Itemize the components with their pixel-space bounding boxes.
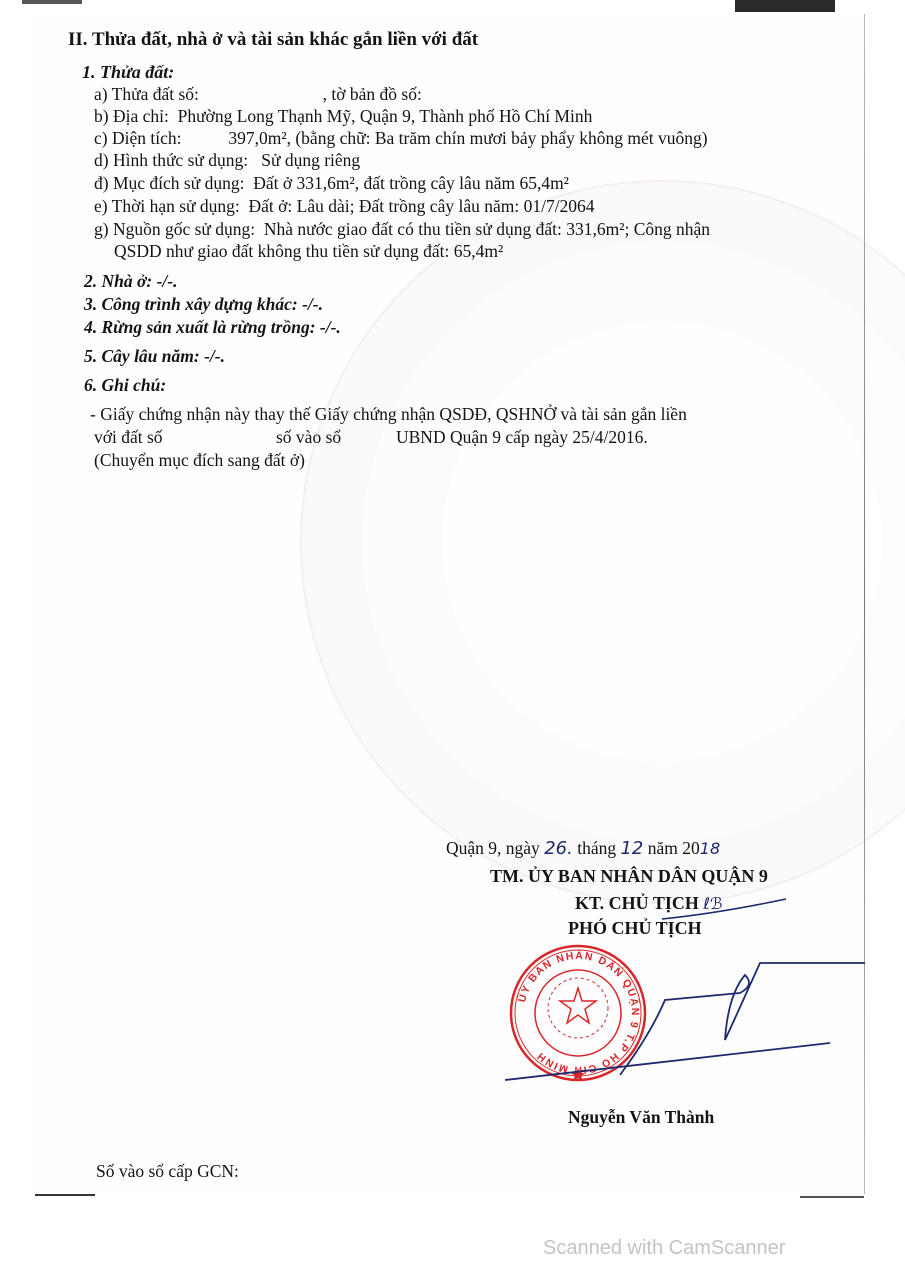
- date-year-suffix: 18: [700, 839, 720, 858]
- usage-purpose-row: đ) Mục đích sử dụng: Đất ở 331,6m², đất …: [94, 173, 569, 193]
- usage-origin-label: g) Nguồn gốc sử dụng:: [94, 219, 255, 239]
- issuing-authority: TM. ỦY BAN NHÂN DÂN QUẬN 9: [490, 866, 768, 886]
- page-edge-bottom-right: [800, 1196, 864, 1198]
- area-value: 397,0m², (bằng chữ: Ba trăm chín mươi bả…: [228, 128, 707, 148]
- usage-term-row: e) Thời hạn sử dụng: Đất ở: Lâu dài; Đất…: [94, 196, 595, 216]
- address-label: b) Địa chỉ:: [94, 106, 169, 126]
- date-month: 12: [620, 838, 643, 859]
- scan-edge-top-left: [22, 0, 82, 4]
- scan-edge-top-right: [735, 0, 835, 12]
- registry-number-label: Số vào sổ cấp GCN:: [96, 1161, 239, 1181]
- notes-registry-label: số vào sổ: [276, 427, 396, 447]
- usage-origin-value-2: QSDD như giao đất không thu tiền sử dụng…: [114, 241, 503, 261]
- parcel-number-row: a) Thửa đất số: , tờ bản đồ số:: [94, 84, 422, 104]
- map-sheet-label: , tờ bản đồ số:: [323, 84, 422, 104]
- usage-form-label: d) Hình thức sử dụng:: [94, 150, 248, 170]
- address-row: b) Địa chỉ: Phường Long Thạnh Mỹ, Quận 9…: [94, 106, 592, 126]
- date-prefix: Quận 9, ngày: [446, 838, 540, 858]
- usage-term-value: Đất ở: Lâu dài; Đất trồng cây lâu năm: 0…: [249, 196, 595, 216]
- signer-position: PHÓ CHỦ TỊCH: [568, 918, 702, 938]
- usage-purpose-label: đ) Mục đích sử dụng:: [94, 173, 244, 193]
- page-edge-bottom-left: [35, 1194, 95, 1196]
- notes-issue-info: UBND Quận 9 cấp ngày 25/4/2016.: [396, 427, 648, 447]
- section-title: II. Thửa đất, nhà ở và tài sản khác gắn …: [68, 30, 478, 50]
- usage-purpose-value: Đất ở 331,6m², đất trồng cây lâu năm 65,…: [253, 173, 569, 193]
- area-row: c) Diện tích: 397,0m², (bằng chữ: Ba tră…: [94, 128, 708, 148]
- parcel-heading: 1. Thửa đất:: [82, 62, 174, 82]
- forest-item: 4. Rừng sản xuất là rừng trồng: -/-.: [84, 317, 341, 337]
- notes-heading: 6. Ghi chú:: [84, 375, 166, 395]
- parcel-number-label: a) Thửa đất số:: [94, 84, 199, 104]
- notes-line-2: với đất sốsố vào sổUBND Quận 9 cấp ngày …: [94, 427, 648, 447]
- house-item: 2. Nhà ở: -/-.: [84, 271, 177, 291]
- issue-date: Quận 9, ngày 26. tháng 12 năm 2018: [446, 838, 720, 859]
- usage-form-row: d) Hình thức sử dụng: Sử dụng riêng: [94, 150, 360, 170]
- address-value: Phường Long Thạnh Mỹ, Quận 9, Thành phố …: [178, 106, 593, 126]
- perennial-item: 5. Cây lâu năm: -/-.: [84, 346, 225, 366]
- handwritten-signature: [500, 955, 870, 1090]
- area-label: c) Diện tích:: [94, 128, 224, 148]
- year-label: năm 20: [648, 838, 700, 858]
- other-works-item: 3. Công trình xây dựng khác: -/-.: [84, 294, 323, 314]
- camscanner-watermark: Scanned with CamScanner: [543, 1237, 785, 1260]
- usage-origin-row: g) Nguồn gốc sử dụng: Nhà nước giao đất …: [94, 219, 710, 239]
- date-day: 26.: [544, 838, 573, 859]
- notes-line-1: - Giấy chứng nhận này thay thế Giấy chứn…: [90, 404, 687, 424]
- usage-origin-value-1: Nhà nước giao đất có thu tiền sử dụng đấ…: [264, 219, 710, 239]
- month-label: tháng: [577, 838, 616, 858]
- notes-line-3: (Chuyển mục đích sang đất ở): [94, 450, 305, 470]
- usage-form-value: Sử dụng riêng: [261, 150, 360, 170]
- usage-term-label: e) Thời hạn sử dụng:: [94, 196, 240, 216]
- notes-cert-number-label: với đất số: [94, 427, 276, 447]
- signer-name: Nguyễn Văn Thành: [568, 1107, 714, 1127]
